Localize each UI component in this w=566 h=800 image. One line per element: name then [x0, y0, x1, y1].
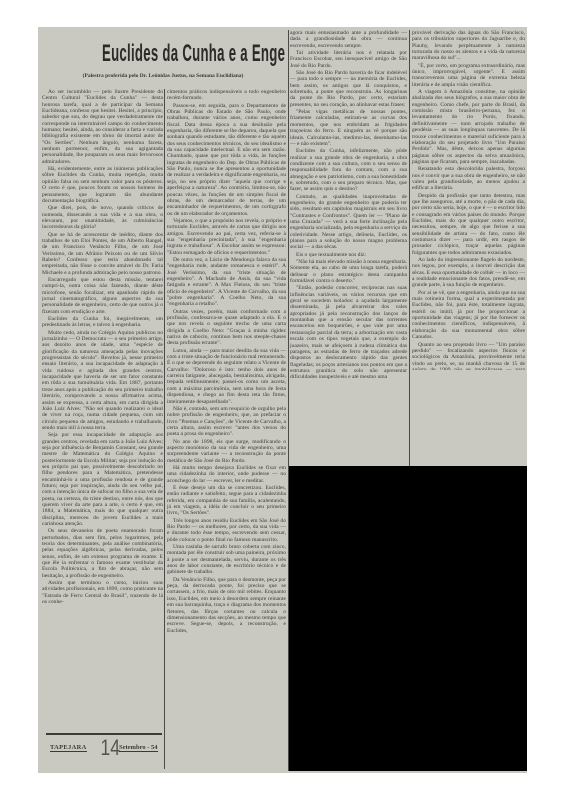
paragraph: "Então, poderão concorrer, recíprocas na… — [290, 285, 407, 380]
paragraph: Três longos anos residiu Euclides em São… — [167, 518, 286, 543]
redacted-region — [289, 466, 527, 771]
headline-block: Euclides da Cunha e a Engenharia (Palest… — [38, 27, 286, 87]
article-column-2: cimentos práticos indispensáveis a todo … — [167, 89, 286, 771]
article-column-3: agora mais entusiasmado ante a profundid… — [290, 30, 407, 464]
paragraph: Ao ser incumbido — pelo ilustre Presiden… — [42, 89, 163, 165]
paragraph: Renatando esta descolorida palestra, for… — [412, 166, 525, 191]
paragraph: Muito cedo, ainda no Colégio Aquino publ… — [42, 330, 163, 432]
paragraph: agora mais entusiasmado ante a profundid… — [290, 30, 407, 49]
paragraph: cimentos práticos indispensáveis a todo … — [167, 89, 286, 102]
paragraph: Por aí se vê, que a engenharia, ainda qu… — [412, 290, 525, 341]
paragraph: No ano de 1898, eis que surge, modifican… — [167, 439, 286, 464]
paragraph: Tal atividade literária nos é relatada p… — [290, 50, 407, 69]
article-column-4: provável derivação das águas do São Fran… — [412, 30, 525, 370]
article-subtitle: (Palestra proferida pelo Dr. Leônidas Ju… — [78, 73, 248, 80]
paragraph: Os seus devaneios de poeta enamorado for… — [42, 528, 163, 579]
paragraph: Seja por essa incapacidade de adaptação … — [42, 432, 163, 527]
paragraph: Encarregado que estou desta missão, tent… — [42, 277, 163, 315]
issue-date: Setembro - 54 — [119, 744, 158, 752]
paragraph: Ao lado do impressionante flagelo do nor… — [412, 257, 525, 289]
paragraph: Da Venâncio Filho, que para o desmonte, … — [167, 577, 286, 634]
paragraph: Eis o que textualmente nos diz: — [290, 252, 407, 258]
column-divider — [164, 89, 165, 769]
column-divider — [409, 30, 410, 466]
article-title: Euclides da Cunha e a Engenharia — [102, 37, 234, 71]
paragraph: Há, evidentemente, entre as inúmeras pub… — [42, 166, 163, 204]
paragraph: Euclides da Cunha foi, inegàvelmente, um… — [42, 316, 163, 329]
paragraph: De outra vez, a Lúcio de Mendonça falava… — [167, 257, 286, 308]
paragraph: Há muito tempo desejava Euclides se fixa… — [167, 465, 286, 484]
paragraph: São José do Rio Pardo haveria de ficar i… — [290, 70, 407, 108]
paragraph: Despido da profissão que tanto detestou,… — [412, 193, 525, 256]
paragraph: Vejamos, o que a propósito nos revela, o… — [167, 218, 286, 256]
newspaper-page: Euclides da Cunha e a Engenharia (Palest… — [38, 27, 527, 773]
paragraph: Que se há de acrescentar de inédito, dia… — [42, 232, 163, 276]
paragraph: "Pelas vigas metálicas de nossas pontes,… — [290, 109, 407, 147]
paragraph: Outras vezes, porém, mais conformado com… — [167, 309, 286, 347]
paragraph: Quanto ao seu projetado livro — "Um para… — [412, 342, 525, 371]
paragraph: Lutou, ainda — para maior desdita da sua… — [167, 348, 286, 405]
paragraph: "Não há mais elevado missão à nossa enge… — [290, 259, 407, 284]
paragraph: Contudo, as qualidades inaproveitadas de… — [290, 194, 407, 251]
paragraph: A viagem à Amazônia constitue, na opiniã… — [412, 89, 525, 165]
paragraph: Não é, contudo, sem um resquício de orgu… — [167, 406, 286, 438]
article-column-1: Ao ser incumbido — pelo ilustre Presiden… — [42, 89, 163, 731]
publication-name: TAPEJARA — [50, 744, 87, 752]
paragraph: "É, por certo, um programa extraordinári… — [412, 63, 525, 88]
paragraph: E êsse desejo um dia se concretizou. Euc… — [167, 485, 286, 517]
paragraph: Euclides da Cunha, infelizmente, não pôd… — [290, 148, 407, 192]
paragraph: Uma casinha de sarrafo bruto coberta com… — [167, 544, 286, 576]
paragraph: Que direi, pois, de novo, quando crítico… — [42, 205, 163, 230]
paragraph: Passou-se, em seguida, para o Departamen… — [167, 103, 286, 217]
page-number: 14 — [100, 735, 120, 761]
paragraph: provável derivação das águas do São Fran… — [412, 30, 525, 62]
paragraph: Assim que terminou o curso, iniciou suas… — [42, 580, 163, 605]
